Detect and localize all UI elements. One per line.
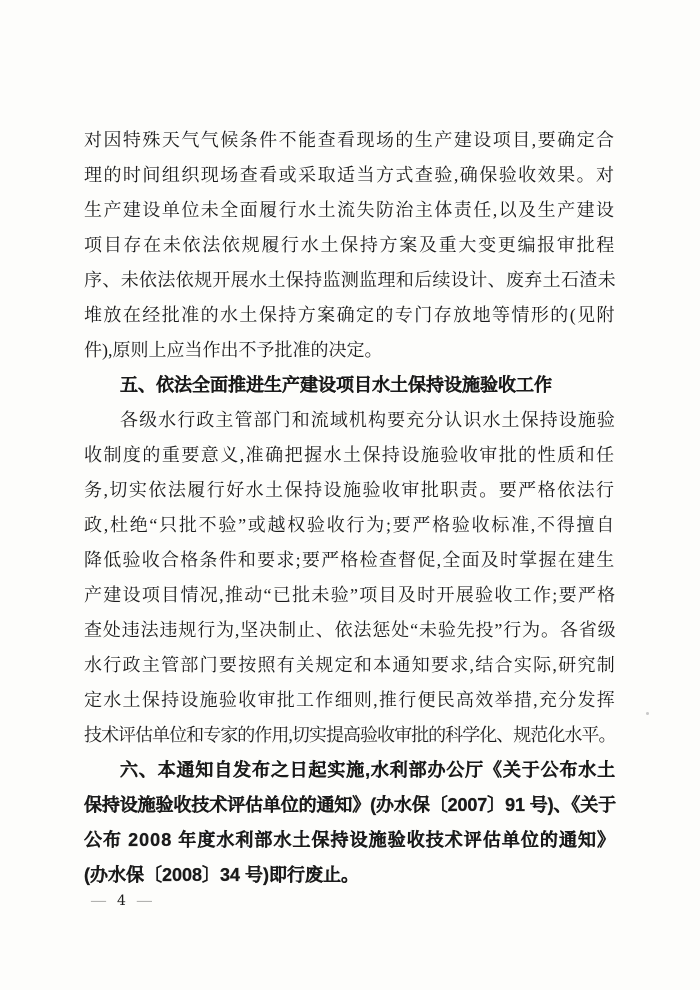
text-line-content: 对因特殊天气气候条件不能查看现场的生产建设项目,要确定合	[84, 130, 616, 150]
text-line: 降低验收合格条件和要求;要严格检查督促,全面及时掌握在建生	[84, 543, 616, 578]
text-line: 定水土保持设施验收审批工作细则,推行便民高效举措,充分发挥	[84, 683, 616, 718]
text-line-content: 定水土保持设施验收审批工作细则,推行便民高效举措,充分发挥	[84, 690, 616, 710]
text-line: (办水保〔2008〕34 号)即行废止。	[84, 858, 616, 893]
text-line-content: 五、依法全面推进生产建设项目水土保持设施验收工作	[120, 375, 552, 395]
text-line-content: 件),原则上应当作出不予批准的决定。	[84, 340, 383, 360]
page-footer: — 4 —	[91, 891, 152, 911]
footer-dash-right: —	[137, 891, 152, 911]
text-line-content: 堆放在经批准的水土保持方案确定的专门存放地等情形的(见附	[84, 305, 616, 325]
text-line-content: 保持设施验收技术评估单位的通知》(办水保〔2007〕91 号)、《关于	[84, 795, 616, 815]
text-line-content: 生产建设单位未全面履行水土流失防治主体责任,以及生产建设	[84, 200, 616, 220]
text-block: 对因特殊天气气候条件不能查看现场的生产建设项目,要确定合理的时间组织现场查看或采…	[84, 123, 616, 893]
text-line-content: 查处违法违规行为,坚决制止、依法惩处“未验先投”行为。各省级	[84, 620, 616, 640]
text-line-content: 收制度的重要意义,准确把握水土保持设施验收审批的性质和任	[84, 445, 616, 465]
text-line: 项目存在未依法依规履行水土保持方案及重大变更编报审批程	[84, 228, 616, 263]
para-continuation: 对因特殊天气气候条件不能查看现场的生产建设项目,要确定合理的时间组织现场查看或采…	[84, 123, 616, 368]
text-line: 堆放在经批准的水土保持方案确定的专门存放地等情形的(见附	[84, 298, 616, 333]
para-section-5-body: 各级水行政主管部门和流域机构要充分认识水土保持设施验收制度的重要意义,准确把握水…	[84, 403, 616, 753]
text-line: 序、未依法依规开展水土保持监测监理和后续设计、废弃土石渣未	[84, 263, 616, 298]
text-line: 公布 2008 年度水利部水土保持设施验收技术评估单位的通知》	[84, 823, 616, 858]
text-line: 件),原则上应当作出不予批准的决定。	[84, 333, 616, 368]
text-line: 各级水行政主管部门和流域机构要充分认识水土保持设施验	[84, 403, 616, 438]
text-line: 务,切实依法履行好水土保持设施验收审批职责。要严格依法行	[84, 473, 616, 508]
text-line-content: 务,切实依法履行好水土保持设施验收审批职责。要严格依法行	[84, 480, 616, 500]
para-section-6: 六、本通知自发布之日起实施,水利部办公厅《关于公布水土保持设施验收技术评估单位的…	[84, 753, 616, 893]
text-line-content: 技术评估单位和专家的作用,切实提高验收审批的科学化、规范化水平。	[84, 725, 616, 745]
text-line: 水行政主管部门要按照有关规定和本通知要求,结合实际,研究制	[84, 648, 616, 683]
text-line: 保持设施验收技术评估单位的通知》(办水保〔2007〕91 号)、《关于	[84, 788, 616, 823]
text-line-content: 水行政主管部门要按照有关规定和本通知要求,结合实际,研究制	[84, 655, 616, 675]
text-line: 产建设项目情况,推动“已批未验”项目及时开展验收工作;要严格	[84, 578, 616, 613]
text-line-content: 序、未依法依规开展水土保持监测监理和后续设计、废弃土石渣未	[84, 270, 616, 290]
text-line-content: 产建设项目情况,推动“已批未验”项目及时开展验收工作;要严格	[84, 585, 616, 605]
page-number: 4	[117, 891, 126, 911]
text-line: 五、依法全面推进生产建设项目水土保持设施验收工作	[84, 368, 616, 403]
text-line: 技术评估单位和专家的作用,切实提高验收审批的科学化、规范化水平。	[84, 718, 616, 753]
text-line: 六、本通知自发布之日起实施,水利部办公厅《关于公布水土	[84, 753, 616, 788]
text-line-content: 政,杜绝“只批不验”或越权验收行为;要严格验收标准,不得擅自	[84, 515, 616, 535]
text-line-content: 六、本通知自发布之日起实施,水利部办公厅《关于公布水土	[120, 760, 616, 780]
text-line-content: 各级水行政主管部门和流域机构要充分认识水土保持设施验	[120, 410, 616, 430]
text-line: 生产建设单位未全面履行水土流失防治主体责任,以及生产建设	[84, 193, 616, 228]
text-line: 理的时间组织现场查看或采取适当方式查验,确保验收效果。对	[84, 158, 616, 193]
text-line: 查处违法违规行为,坚决制止、依法惩处“未验先投”行为。各省级	[84, 613, 616, 648]
text-line-content: (办水保〔2008〕34 号)即行废止。	[84, 865, 359, 885]
text-line-content: 公布 2008 年度水利部水土保持设施验收技术评估单位的通知》	[84, 830, 616, 850]
document-page: 对因特殊天气气候条件不能查看现场的生产建设项目,要确定合理的时间组织现场查看或采…	[0, 0, 700, 990]
footer-dash-left: —	[91, 891, 106, 911]
text-line-content: 理的时间组织现场查看或采取适当方式查验,确保验收效果。对	[84, 165, 616, 185]
text-line-content: 降低验收合格条件和要求;要严格检查督促,全面及时掌握在建生	[84, 550, 616, 570]
text-line: 收制度的重要意义,准确把握水土保持设施验收审批的性质和任	[84, 438, 616, 473]
text-line: 政,杜绝“只批不验”或越权验收行为;要严格验收标准,不得擅自	[84, 508, 616, 543]
scan-speck	[646, 712, 649, 715]
text-line: 对因特殊天气气候条件不能查看现场的生产建设项目,要确定合	[84, 123, 616, 158]
text-line-content: 项目存在未依法依规履行水土保持方案及重大变更编报审批程	[84, 235, 616, 255]
heading-section-5: 五、依法全面推进生产建设项目水土保持设施验收工作	[84, 368, 616, 403]
